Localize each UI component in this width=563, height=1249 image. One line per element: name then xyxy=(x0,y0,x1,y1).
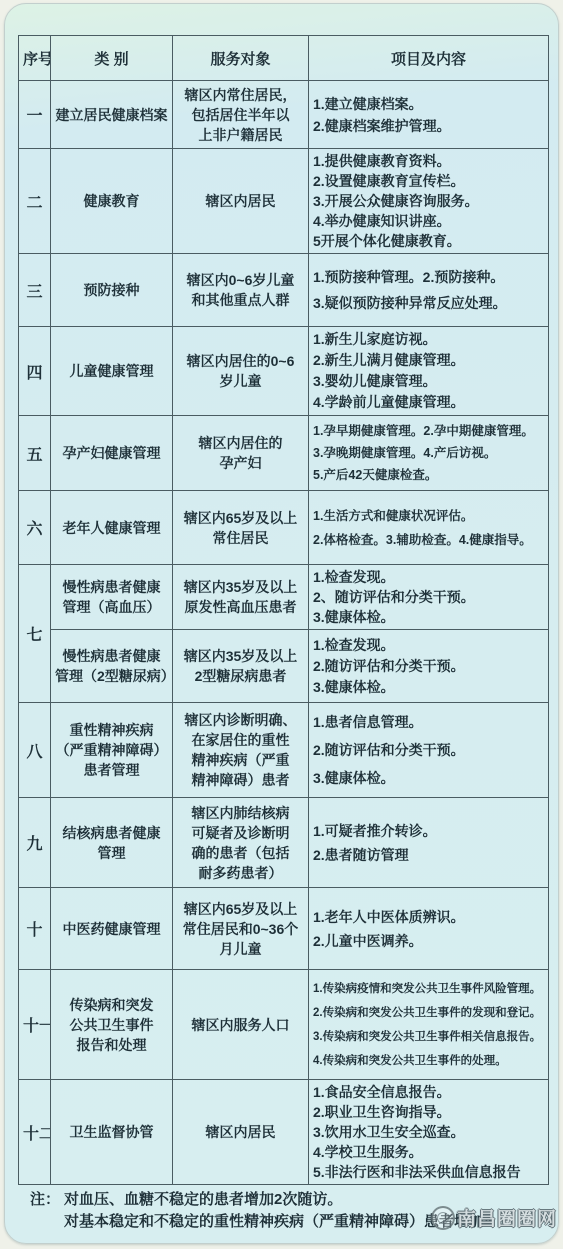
header-items: 项目及内容 xyxy=(309,36,549,81)
table-row: 四 儿童健康管理 辖区内居住的0~6 岁儿童 1.新生儿家庭访视。 2.新生儿满… xyxy=(19,327,549,416)
target-cell: 辖区内常住居民， 包括居住半年以 上非户籍居民 xyxy=(173,81,309,149)
item-line: 2.设置健康教育宣传栏。 xyxy=(313,171,544,191)
items-cell: 1.检查发现。 2.随访评估和分类干预。 3.健康体检。 xyxy=(309,630,549,703)
target-cell: 辖区内居民 xyxy=(173,149,309,254)
item-line: 3.疑似预防接种异常反应处理。 xyxy=(313,290,544,316)
category-cell: 慢性病患者健康 管理（2型糖尿病） xyxy=(51,630,173,703)
seq-cell: 五 xyxy=(19,416,51,491)
item-line: 5.非法行医和非法采供血信息报告 xyxy=(313,1162,544,1182)
category-cell: 健康教育 xyxy=(51,149,173,254)
items-cell: 1.传染病疫情和突发公共卫生事件风险管理。 2.传染病和突发公共卫生事件的发现和… xyxy=(309,970,549,1080)
table-row: 五 孕产妇健康管理 辖区内居住的 孕产妇 1.孕早期健康管理。2.孕中期健康管理… xyxy=(19,416,549,491)
item-line: 4.学龄前儿童健康管理。 xyxy=(313,392,544,413)
item-line: 5.产后42天健康检查。 xyxy=(313,464,544,486)
footnote-line-2: 对基本稳定和不稳定的重性精神疾病（严重精神障碍）患者增加4 xyxy=(64,1211,492,1233)
seq-cell: 九 xyxy=(19,798,51,888)
item-line: 2.随访评估和分类干预。 xyxy=(313,656,544,677)
item-line: 4.举办健康知识讲座。 xyxy=(313,211,544,231)
item-line: 1.传染病疫情和突发公共卫生事件风险管理。 xyxy=(313,977,544,1001)
item-line: 2.传染病和突发公共卫生事件的发现和登记。 xyxy=(313,1001,544,1025)
item-line: 2.患者随访管理 xyxy=(313,843,544,867)
item-line: 3.婴幼儿健康管理。 xyxy=(313,371,544,392)
items-cell: 1.生活方式和健康状况评估。 2.体格检查。3.辅助检查。4.健康指导。 xyxy=(309,491,549,565)
items-cell: 1.新生儿家庭访视。 2.新生儿满月健康管理。 3.婴幼儿健康管理。 4.学龄前… xyxy=(309,327,549,416)
target-cell: 辖区内居住的 孕产妇 xyxy=(173,416,309,491)
table-row: 九 结核病患者健康 管理 辖区内肺结核病 可疑者及诊断明 确的患者（包括 耐多药… xyxy=(19,798,549,888)
target-cell: 辖区内肺结核病 可疑者及诊断明 确的患者（包括 耐多药患者） xyxy=(173,798,309,888)
items-cell: 1.建立健康档案。 2.健康档案维护管理。 xyxy=(309,81,549,149)
table-row: 十二 卫生监督协管 辖区内居民 1.食品安全信息报告。 2.职业卫生咨询指导。 … xyxy=(19,1080,549,1185)
item-line: 3.开展公众健康咨询服务。 xyxy=(313,191,544,211)
item-line: 2.职业卫生咨询指导。 xyxy=(313,1102,544,1122)
items-cell: 1.检查发现。 2、随访评估和分类干预。 3.健康体检。 xyxy=(309,565,549,630)
table-row: 十 中医药健康管理 辖区内65岁及以上 常住居民和0~36个 月儿童 1.老年人… xyxy=(19,888,549,970)
table-row: 六 老年人健康管理 辖区内65岁及以上 常住居民 1.生活方式和健康状况评估。 … xyxy=(19,491,549,565)
item-line: 3.健康体检。 xyxy=(313,677,544,698)
item-line: 4.传染病和突发公共卫生事件的处理。 xyxy=(313,1049,544,1073)
target-cell: 辖区内65岁及以上 常住居民和0~36个 月儿童 xyxy=(173,888,309,970)
target-cell: 辖区内35岁及以上 原发性高血压患者 xyxy=(173,565,309,630)
item-line: 1.老年人中医体质辨识。 xyxy=(313,905,544,929)
target-cell: 辖区内65岁及以上 常住居民 xyxy=(173,491,309,565)
seq-cell: 八 xyxy=(19,703,51,798)
item-line: 1.可疑者推介转诊。 xyxy=(313,819,544,843)
table-row: 三 预防接种 辖区内0~6岁儿童 和其他重点人群 1.预防接种管理。2.预防接种… xyxy=(19,254,549,327)
health-services-table: 序号 类 别 服务对象 项目及内容 一 建立居民健康档案 辖区内常住居民， 包括… xyxy=(18,35,549,1185)
category-cell: 老年人健康管理 xyxy=(51,491,173,565)
table-header-row: 序号 类 别 服务对象 项目及内容 xyxy=(19,36,549,81)
items-cell: 1.老年人中医体质辨识。 2.儿童中医调养。 xyxy=(309,888,549,970)
seq-cell: 三 xyxy=(19,254,51,327)
item-line: 1.检查发现。 xyxy=(313,635,544,656)
target-cell: 辖区内居住的0~6 岁儿童 xyxy=(173,327,309,416)
table-row: 八 重性精神疾病 （严重精神障碍） 患者管理 辖区内诊断明确、 在家居住的重性 … xyxy=(19,703,549,798)
seq-cell: 十二 xyxy=(19,1080,51,1185)
item-line: 2、随访评估和分类干预。 xyxy=(313,587,544,607)
header-category: 类 别 xyxy=(51,36,173,81)
target-cell: 辖区内诊断明确、 在家居住的重性 精神疾病（严重 精神障碍）患者 xyxy=(173,703,309,798)
item-line: 1.预防接种管理。2.预防接种。 xyxy=(313,264,544,290)
item-line: 2.健康档案维护管理。 xyxy=(313,115,544,137)
category-cell: 结核病患者健康 管理 xyxy=(51,798,173,888)
header-target: 服务对象 xyxy=(173,36,309,81)
items-cell: 1.孕早期健康管理。2.孕中期健康管理。 3.孕晚期健康管理。4.产后访视。 5… xyxy=(309,416,549,491)
item-line: 1.建立健康档案。 xyxy=(313,93,544,115)
table-row: 一 建立居民健康档案 辖区内常住居民， 包括居住半年以 上非户籍居民 1.建立健… xyxy=(19,81,549,149)
item-line: 1.食品安全信息报告。 xyxy=(313,1082,544,1102)
item-line: 1.提供健康教育资料。 xyxy=(313,151,544,171)
item-line: 4.学校卫生服务。 xyxy=(313,1142,544,1162)
table-row: 慢性病患者健康 管理（2型糖尿病） 辖区内35岁及以上 2型糖尿病患者 1.检查… xyxy=(19,630,549,703)
item-line: 1.新生儿家庭访视。 xyxy=(313,329,544,350)
item-line: 2.体格检查。3.辅助检查。4.健康指导。 xyxy=(313,528,544,552)
target-cell: 辖区内35岁及以上 2型糖尿病患者 xyxy=(173,630,309,703)
target-cell: 辖区内0~6岁儿童 和其他重点人群 xyxy=(173,254,309,327)
seq-cell: 六 xyxy=(19,491,51,565)
item-line: 2.新生儿满月健康管理。 xyxy=(313,350,544,371)
seq-cell: 十一 xyxy=(19,970,51,1080)
table-row: 七 慢性病患者健康 管理（高血压） 辖区内35岁及以上 原发性高血压患者 1.检… xyxy=(19,565,549,630)
seq-cell: 四 xyxy=(19,327,51,416)
items-cell: 1.预防接种管理。2.预防接种。 3.疑似预防接种异常反应处理。 xyxy=(309,254,549,327)
seq-cell: 二 xyxy=(19,149,51,254)
item-line: 3.孕晚期健康管理。4.产后访视。 xyxy=(313,442,544,464)
footnote-label: 注： xyxy=(30,1189,60,1211)
category-cell: 儿童健康管理 xyxy=(51,327,173,416)
items-cell: 1.可疑者推介转诊。 2.患者随访管理 xyxy=(309,798,549,888)
category-cell: 传染病和突发 公共卫生事件 报告和处理 xyxy=(51,970,173,1080)
seq-cell: 七 xyxy=(19,565,51,703)
item-line: 2.儿童中医调养。 xyxy=(313,929,544,953)
target-cell: 辖区内居民 xyxy=(173,1080,309,1185)
category-cell: 重性精神疾病 （严重精神障碍） 患者管理 xyxy=(51,703,173,798)
category-cell: 慢性病患者健康 管理（高血压） xyxy=(51,565,173,630)
item-line: 1.检查发现。 xyxy=(313,567,544,587)
item-line: 1.生活方式和健康状况评估。 xyxy=(313,504,544,528)
items-cell: 1.食品安全信息报告。 2.职业卫生咨询指导。 3.饮用水卫生安全巡查。 4.学… xyxy=(309,1080,549,1185)
table-row: 十一 传染病和突发 公共卫生事件 报告和处理 辖区内服务人口 1.传染病疫情和突… xyxy=(19,970,549,1080)
header-seq: 序号 xyxy=(19,36,51,81)
items-cell: 1.提供健康教育资料。 2.设置健康教育宣传栏。 3.开展公众健康咨询服务。 4… xyxy=(309,149,549,254)
table-row: 二 健康教育 辖区内居民 1.提供健康教育资料。 2.设置健康教育宣传栏。 3.… xyxy=(19,149,549,254)
item-line: 5开展个体化健康教育。 xyxy=(313,231,544,251)
target-cell: 辖区内服务人口 xyxy=(173,970,309,1080)
category-cell: 预防接种 xyxy=(51,254,173,327)
category-cell: 孕产妇健康管理 xyxy=(51,416,173,491)
item-line: 1.孕早期健康管理。2.孕中期健康管理。 xyxy=(313,420,544,442)
category-cell: 建立居民健康档案 xyxy=(51,81,173,149)
footnote-line-1: 对血压、血糖不稳定的患者增加2次随访。 xyxy=(64,1189,492,1211)
item-line: 2.随访评估和分类干预。 xyxy=(313,736,544,764)
category-cell: 中医药健康管理 xyxy=(51,888,173,970)
item-line: 3.饮用水卫生安全巡查。 xyxy=(313,1122,544,1142)
category-cell: 卫生监督协管 xyxy=(51,1080,173,1185)
items-cell: 1.患者信息管理。 2.随访评估和分类干预。 3.健康体检。 xyxy=(309,703,549,798)
seq-cell: 一 xyxy=(19,81,51,149)
item-line: 3.健康体检。 xyxy=(313,607,544,627)
seq-cell: 十 xyxy=(19,888,51,970)
footnote: 注： 对血压、血糖不稳定的患者增加2次随访。 对基本稳定和不稳定的重性精神疾病（… xyxy=(30,1189,550,1233)
item-line: 3.传染病和突发公共卫生事件相关信息报告。 xyxy=(313,1025,544,1049)
item-line: 3.健康体检。 xyxy=(313,764,544,792)
item-line: 1.患者信息管理。 xyxy=(313,708,544,736)
